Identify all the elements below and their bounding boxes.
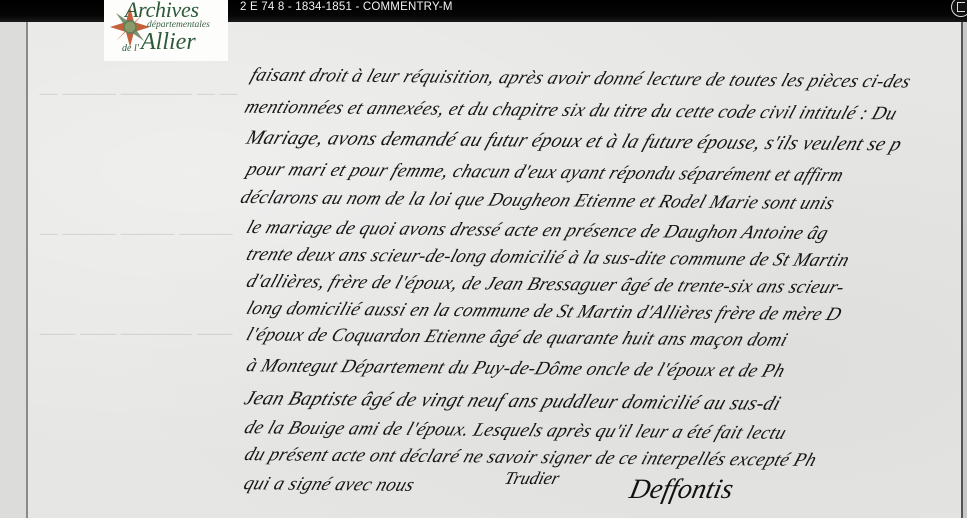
manuscript-line: Mariage, avons demandé au futur époux et…	[243, 127, 904, 157]
margin-rule	[26, 22, 28, 518]
page-right-edge	[963, 22, 967, 518]
manuscript-line: le mariage de quoi avons dressé acte en …	[243, 217, 831, 245]
signature-deffontis: Deffontis	[627, 474, 736, 506]
manuscript-line: pour mari et pour femme, chacun d'eux ay…	[243, 159, 846, 187]
manuscript-line: à Montegut Département du Puy-de-Dôme on…	[243, 355, 787, 383]
manuscript-line: mentionnées et annexées, et du chapitre …	[241, 97, 899, 126]
manuscript-page-image[interactable]: — — ———— ——— — ——— ——— ——— — —— ———— —— …	[0, 22, 967, 518]
manuscript-line: trente deux ans scieur-de-long domicilié…	[243, 244, 852, 272]
manuscript-line: de la Bouige ami de l'époux. Lesquels ap…	[241, 417, 789, 445]
logo-text-allier: Allier	[141, 29, 196, 56]
manuscript-line: long domicilié aussi en la commune de St…	[243, 298, 844, 326]
document-title: 2 E 74 8 - 1834-1851 - COMMENTRY-M	[240, 1, 453, 13]
fullscreen-icon[interactable]	[951, 0, 967, 17]
manuscript-line: qui a signé avec nous	[241, 473, 418, 497]
logo-text-prefix: de l'	[122, 43, 139, 54]
manuscript-line: faisant droit à leur réquisition, après …	[247, 65, 913, 94]
manuscript-line: déclarons au nom de la loi que Dougheon …	[237, 187, 837, 215]
manuscript-line: d'allières, frère de l'époux, de Jean Br…	[243, 271, 847, 299]
bleed-through-text: ——— ——— ——— —	[36, 222, 237, 245]
signature-trudier: Trudier	[502, 468, 562, 489]
manuscript-line: l'époux de Coquardon Etienne âgé de quar…	[243, 324, 790, 352]
bleed-through-text: — — ———— ——— —	[36, 82, 242, 105]
archives-allier-logo[interactable]: Archives départementales de l' Allier	[104, 0, 228, 61]
page-left-margin	[0, 22, 27, 518]
manuscript-line: Jean Baptiste âgé de vingt neuf ans pudd…	[241, 387, 784, 416]
bleed-through-text: —— ———— —— ——	[36, 322, 237, 345]
